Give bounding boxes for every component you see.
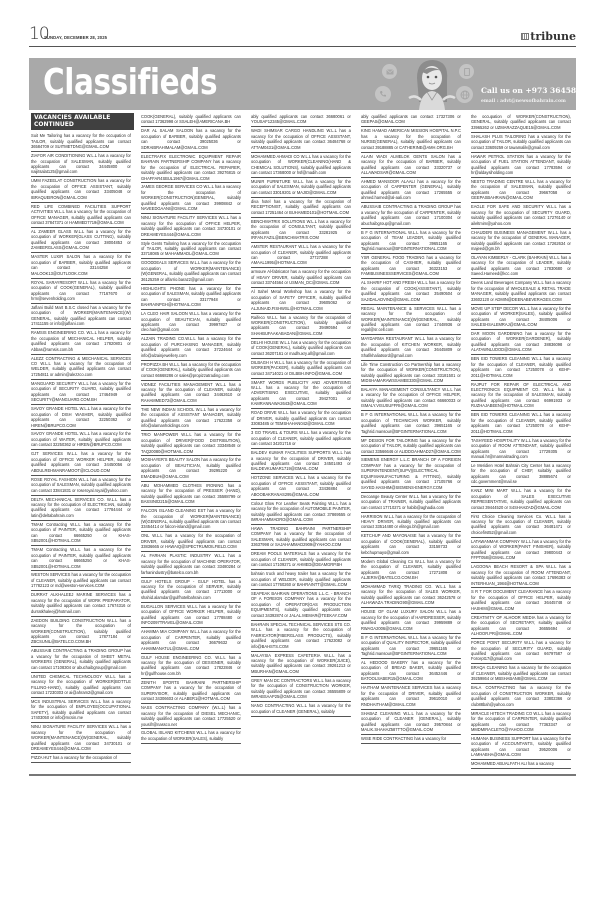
classified-ad: NINU SIGNATURE FACILITY SERVICES W.L.L h… <box>141 214 241 239</box>
classified-ad: NANO CONTRACTING W.L.L has a vacancy for… <box>251 702 351 716</box>
classified-ad: MF DESIGN FOR TAILORING has a vacancy fo… <box>361 437 461 457</box>
classified-ad: RAMSIS ENGINEERING CO. W.L.L has a vacan… <box>31 329 131 354</box>
classified-ad: DREAM POOLS MATERIALS has a vacancy for … <box>251 550 351 570</box>
classified-ad: MCS INDUSTRIAL SERVICES W.L.L has a vaca… <box>31 698 131 723</box>
classified-ad: ROSE ROYAL FASHION W.L.L has a vacancy f… <box>31 476 131 496</box>
classified-ad: SHABAZ CLEANING W.L.L has a vacancy for … <box>361 710 461 735</box>
classifieds-banner: Classifieds Call us on +973 36458394 ema… <box>29 58 576 110</box>
classified-ad: the occupation of WORKER(CONSTRUCTION), … <box>471 113 571 133</box>
classified-ad: GOODDEALS SERVICES W.L.L has a vacancy f… <box>141 259 241 284</box>
classified-ad: DAR AL SALAM SALOON has a vacancy for th… <box>141 127 241 152</box>
classified-ad: Jaflani Build Mart B.S.C closed has a va… <box>31 304 131 329</box>
classified-ad: Life Time Construction Co Partnership ha… <box>361 361 461 386</box>
classified-ad: B F G INTERNATIONAL W.L.L has a vacancy … <box>361 229 461 254</box>
classified-ad: Suit Me Tailoring has a vacancy for the … <box>31 132 131 152</box>
classified-ad: VIDNEZ FACILITIES MANAGEMENT W.L.L has a… <box>141 381 241 406</box>
classified-ad: BEN EID TOWERS CLEANING W.L.L has a vaca… <box>471 411 571 436</box>
classified-ad: AL HEDOOD BAKERY has a vacancy for the o… <box>361 659 461 684</box>
ad-list: ably qualified applicants can contact 36… <box>251 113 354 717</box>
classified-ad: S R T FOR DOCUMENT CLEARANCE has a vacan… <box>471 588 571 613</box>
classified-ad: DILBAGH H W.L.L has a vacancy for the oc… <box>251 359 351 379</box>
classified-ad: AHMED MANSOOR ALAALI has a vacancy for t… <box>361 178 461 203</box>
classified-ad: JAMES GEORGE SERVICES CO W.L.L has a vac… <box>141 183 241 214</box>
classified-ad: OLAYAN KIMBERLY - CLARK (BAHRAIN) W.L.L … <box>471 254 571 279</box>
classified-ad: KANZ MINI MART W.L.L has a vacancy for t… <box>471 487 571 512</box>
classified-ad: UNITED CHEMICAL TECHNOLOGY W.L.L has a v… <box>31 673 131 698</box>
classified-ad: AL ZAMEER GLASS W.L.L has a vacancy for … <box>31 228 131 253</box>
classified-ad: GREY MAN DC CONTRACTORS W.L.L has a vaca… <box>251 677 351 702</box>
classified-ad: ZAEDON BUILDING CONSTRUCTION W.L.L has a… <box>31 617 131 648</box>
classified-ad: AL SHARIF HOT AND FRESH W.L.L has a vaca… <box>361 279 461 304</box>
classified-ad: HARRISON W.L.L has a vacancy for the occ… <box>361 513 461 533</box>
classified-ad: LA CLEO HAIR SALOON W.L.L has a vacancy … <box>141 310 241 335</box>
classified-ad: ALAIN WADI ALMELOK GENTS SALON has a vac… <box>361 153 461 178</box>
classified-ad: DELHI HOUSE W.L.L has a vacancy for the … <box>251 339 351 359</box>
globe-icon <box>456 86 473 103</box>
classified-ad: HAWA TRADING BAHRAINI PARTNERSHIP COMPAN… <box>251 525 351 550</box>
column-5: the occupation of WORKER(CONSTRUCTION), … <box>469 113 576 773</box>
brand-mark-icon <box>521 33 529 40</box>
classified-ad: NINU SIGNATURE FACILITY SERVICES W.L.L h… <box>31 723 131 754</box>
classified-ad: armoure Al-fabricator has a vacancy for … <box>251 268 351 288</box>
classified-ad: ELECTRAFIX ELECTRONIC EQUIPMENT REPAIR B… <box>141 153 241 184</box>
classified-ad: FORCE POINT SECURITY W.L.L has a vacancy… <box>471 639 571 664</box>
classified-ad: Deens Land Beverages Company W.L.L has a… <box>471 279 571 304</box>
classified-ad: HUMANA BUSINESS SUPPORT has a vacancy fo… <box>471 735 571 760</box>
classified-ad: WISE RIDE CONTRACTING has a vacancy for <box>361 735 461 744</box>
classified-ad: ABUSSAIB CONTRACTING & TRADING GROUP has… <box>361 203 461 228</box>
classifieds-columns: VACANCIES AVAILABLE CONTINUED Suit Me Ta… <box>29 113 576 773</box>
mobile-icon <box>459 64 474 79</box>
classified-ad: MOHAMMED AHMADI CO W.L.L has a vacancy f… <box>251 153 351 178</box>
footer-divider <box>29 774 576 776</box>
classified-ad: DURRAT ALKHALEEJ MARINE SERVICES has a v… <box>31 591 131 616</box>
ad-list: the occupation of WORKER(CONSTRUCTION), … <box>471 113 574 769</box>
classified-ad: ROAD DRIVE W.L.L has a vacancy for the o… <box>251 409 351 429</box>
classified-ad: THE NEW INDIAN SCHOOL W.L.L has a vacanc… <box>141 406 241 431</box>
classified-ad: MANGUARD SECURITY W.L.L has a vacancy fo… <box>31 380 131 405</box>
classified-ad: DAR MOON GARDENING has a vacancy for the… <box>471 330 571 355</box>
page-header: 10 SUNDAY, DECEMBER 28, 2025 tribune <box>29 25 576 47</box>
classified-ad: BEN EID TOWERS CLEANING W.L.L has a vaca… <box>471 355 571 380</box>
classified-ad: Style Gents Tailoring has a vacancy for … <box>141 240 241 260</box>
classified-ad: SHALASH PLUS TAILORING has a vacancy for… <box>471 133 571 153</box>
classified-ad: CHAUDERI BUSINESS MANAGEMENT W.L.L has a… <box>471 229 571 254</box>
classified-ad: diva hotel has a vacancy for the occupat… <box>251 198 351 218</box>
classified-ad: HAITHAM MAINTENANCE SERVICES has a vacan… <box>361 684 461 709</box>
classified-ad: MOHAMMED ABUALFATH ALI has a vacancy <box>471 760 571 769</box>
column-2: COOK(GENERAL), suitably qualified applic… <box>139 113 246 773</box>
classified-ad: B F G INTERNATIONAL W.L.L has a vacancy … <box>361 634 461 659</box>
classified-ad: MALAYSIA EXPRESS CAFETERIA W.L.L has a v… <box>251 652 351 677</box>
column-4: ably qualified applicants can contact 17… <box>359 113 466 773</box>
classified-ad: AMSTER RESTAURANT W.L.L has a vacancy fo… <box>251 243 351 268</box>
classified-ad: TRIO MANPOWER W.L.L has a vacancy for th… <box>141 431 241 456</box>
classified-ad: MOSHAYER'S BEAUTY SALON has a vacancy fo… <box>141 456 241 481</box>
classified-ad: Decoange Beauty Center W.L.L has a vacan… <box>361 493 461 513</box>
classified-ad: GULF HOUSE ENGINEERING CO. W.L.L has a v… <box>141 654 241 679</box>
column-1: VACANCIES AVAILABLE CONTINUED Suit Me Ta… <box>29 113 136 773</box>
classified-ad: ALZAIN TRADING CO.W.L.L has a vacancy fo… <box>141 335 241 360</box>
classified-ad: SAVOY GRANDE HOTEL W.L.L has a vacancy f… <box>31 430 131 450</box>
classified-ad: KING HAMAD AMERICAN MISSION HOSPITAL N.P… <box>361 127 461 152</box>
classified-ad: BENCHMATRIX SOLUTIONS W.L.L has a vacanc… <box>251 218 351 243</box>
classified-ad: ALEZZ CONTRACTING & MECHANICAL SERVICES … <box>31 355 131 380</box>
classified-ad: ably qualified applicants can contact 17… <box>361 113 461 127</box>
ad-list: ably qualified applicants can contact 17… <box>361 113 464 744</box>
classified-ad: BRAQA CLEANING has a vacancy for the occ… <box>471 664 571 684</box>
classified-ad: NASS CONTRACTING COMPANY (W.L.L) has a v… <box>141 704 241 729</box>
classified-ad: AHAMMA MIA COMPANY W.L.L has a vacancy f… <box>141 628 241 653</box>
classified-ad: MOVE UP STEP DECOR W.L.L has a vacancy f… <box>471 305 571 330</box>
classified-ad: SMART WORDS PUBLICITY AND ADVERTISING W.… <box>251 379 351 410</box>
classified-ad: MAYDARMA RESTAURANT W.L.L has a vacancy … <box>361 335 461 360</box>
classified-ad: HOUSE OF GLAM LUXURY SALON W.L.L has a v… <box>361 608 461 633</box>
brand-name: tribune <box>530 30 576 43</box>
classified-ad: GJT SERVICES W.L.L has a vacancy for the… <box>31 450 131 475</box>
classified-ad: COOK(GENERAL), suitably qualified applic… <box>141 113 241 127</box>
ad-list: Suit Me Tailoring has a vacancy for the … <box>31 132 134 763</box>
classified-ad: HIGHLIGHTS PHONE has a vacancy for the o… <box>141 285 241 310</box>
classified-ad: KETCHUP AND MAYONAISE has a vacancy for … <box>361 532 461 557</box>
classified-ad: ONL W.L.L has a vacancy for the occupati… <box>141 532 241 552</box>
classified-ad: REGAL MAINTENANCE & SERVICES W.L.L has a… <box>361 305 461 336</box>
brand-logo: tribune <box>521 30 576 43</box>
classified-ad: PROPIZZA BH W.L.L has a vacancy for the … <box>141 361 241 381</box>
classified-ad: GULF HOTELS GROUP - GULF HOTEL has a vac… <box>141 578 241 603</box>
classified-ad: LATAWANMAK COMPANY W.L.L has a vacancy f… <box>471 538 571 563</box>
classified-ad: RAJPUT FOR REPAIR OF ELECTRICAL AND ELEC… <box>471 381 571 412</box>
classified-ad: CREATIVITY OF ALHOOR MEDIA has a vacancy… <box>471 614 571 639</box>
classified-ad: First Choice Cleaning Services Co. W.L.L… <box>471 513 571 538</box>
classified-ad: MOHAMMAD TARIQ TRADING CO. W.L.L has a v… <box>361 583 461 608</box>
classified-ad: AL FARHAN PLASTIC INDUSTRY W.L.L has a v… <box>141 552 241 577</box>
classified-ad: MASTER LUXIR SALON has a vacancy for the… <box>31 253 131 278</box>
classified-ad: MUNIR FURNITURE W.L.L has a vacancy for … <box>251 178 351 198</box>
classified-ad: ably qualified applicants can contact 36… <box>251 113 351 127</box>
page-number: 10 <box>29 25 49 43</box>
page-date: SUNDAY, DECEMBER 28, 2025 <box>44 35 107 40</box>
classified-ad: TMAM Contracting W.L.L has a vacancy for… <box>31 521 131 546</box>
classified-ad: ZIAFOR AIR CONDITIONING W.L.L has a vaca… <box>31 152 131 177</box>
contact-phone: Call us on +973 36458394 <box>481 86 576 95</box>
classified-ad: BAHRAIN SPECIAL TECHNICAL SERVICES STS C… <box>251 621 351 652</box>
classified-ad: YSR GENERAL FOOD TRADING has a vacancy f… <box>361 254 461 279</box>
classified-ad: Modern Global Cleaning Co W.L.L has a va… <box>361 558 461 583</box>
classified-ad: UMM FAZEELAT CONSTRUCTION has a vacancy … <box>31 177 131 202</box>
classified-ad: TASHYEED HOSPITALITY W.L.L has a vacancy… <box>471 437 571 462</box>
classified-ad: LAGOONA BEACH RESORT & SPA W.L.L has a v… <box>471 563 571 588</box>
classified-ad: ZENITH SPORTS BAHRAINI PARTNERSHIP COMPA… <box>141 679 241 704</box>
classified-ad: HOTZONE SERVICES W.L.L has a vacancy for… <box>251 474 351 499</box>
email-icon <box>382 64 397 79</box>
classified-ad: ABUSSAIB CONTRACTING & TRADING GROUP has… <box>31 647 131 672</box>
classified-ad: Raifeco W.L.L has a vacancy for the occu… <box>251 314 351 339</box>
classified-ad: NESTO TRADING CENTRE W.L.L has a vacancy… <box>471 178 571 203</box>
classified-ad: bahrain truck and heavy trailer has a va… <box>251 570 351 590</box>
column-3: ably qualified applicants can contact 36… <box>249 113 356 773</box>
contact-email: email : advt@newsofbahrain.com <box>481 99 566 104</box>
classified-ad: DELTA MECHANICAL SERVICES CO. W.L.L has … <box>31 496 131 521</box>
classified-ad: SIEMENS ENERGY L.L.C BRANCH OF A FOREIGN… <box>361 456 461 492</box>
classified-ad: BALAIYA MANAGEMENT CONSULTANCY W.L.L has… <box>361 386 461 411</box>
classified-ad: BALA CONTRACTING has a vacancy for the o… <box>471 684 571 709</box>
section-heading: VACANCIES AVAILABLE CONTINUED <box>31 113 134 130</box>
classified-ad: ROYAL SARAYRESORT W.L.L has a vacancy fo… <box>31 279 131 304</box>
classified-ad: Colour Glow For Leather Seats Painting W… <box>251 500 351 525</box>
phone-icon <box>375 86 391 102</box>
classified-ad: 3 GO TRAVEL & TOURS W.L.L has a vacancy … <box>251 429 351 449</box>
classified-ad: SEAPEAK BAHRAIN OPERATIONS L.L.C. - BRAN… <box>251 590 351 621</box>
classified-ad: HAWAR PETROL STATION has a vacancy for t… <box>471 153 571 178</box>
classified-ad: RED LIFE COMBINED FACILITIES SUPPORT ACT… <box>31 203 131 228</box>
classified-ad: WESTON SERVICES has a vacancy for the oc… <box>31 571 131 591</box>
assistant-illustration <box>407 58 457 110</box>
classified-ad: B F G INTERNATIONAL W.L.L has a vacancy … <box>361 411 461 436</box>
classified-ad: EAGLE FOR SAFE AND SECURITY W.L.L has a … <box>471 203 571 228</box>
ad-list: COOK(GENERAL), suitably qualified applic… <box>141 113 244 744</box>
classified-ad: Le Meridien Hotel Bahrain City Center ha… <box>471 462 571 487</box>
classified-ad: GLOBAL ISLAND KITCHENS W.L.L has a vacan… <box>141 729 241 743</box>
classified-ad: SAVOY GRANDE HOTEL W.L.L has a vacancy f… <box>31 405 131 430</box>
banner-title: Classifieds <box>43 60 217 106</box>
classified-ad: MIRACLE HITECH TRADING CO W.L.L has a va… <box>471 710 571 735</box>
classified-ad: TMAM Contracting W.L.L has a vacancy for… <box>31 546 131 571</box>
classified-ad: BALDEV KUMAR FACILITIES SUPPORTS W.L.L h… <box>251 449 351 474</box>
classified-ad: ABU MOHAMMED CLOTHES IRONING has a vacan… <box>141 482 241 507</box>
classified-ad: WADI SHIMSAR CARGO HANDLING W.L.L has a … <box>251 127 351 152</box>
classified-ad: Al Sahel Metal Workshop has a vacancy fo… <box>251 288 351 313</box>
classified-ad: BUGALLON SERVICES W.L.L has a vacancy fo… <box>141 603 241 628</box>
classified-ad: PIZZA HUT has a vacancy for the occupati… <box>31 754 131 763</box>
classified-ad: FALCON ISLAND CLEANING EST has a vacancy… <box>141 507 241 532</box>
